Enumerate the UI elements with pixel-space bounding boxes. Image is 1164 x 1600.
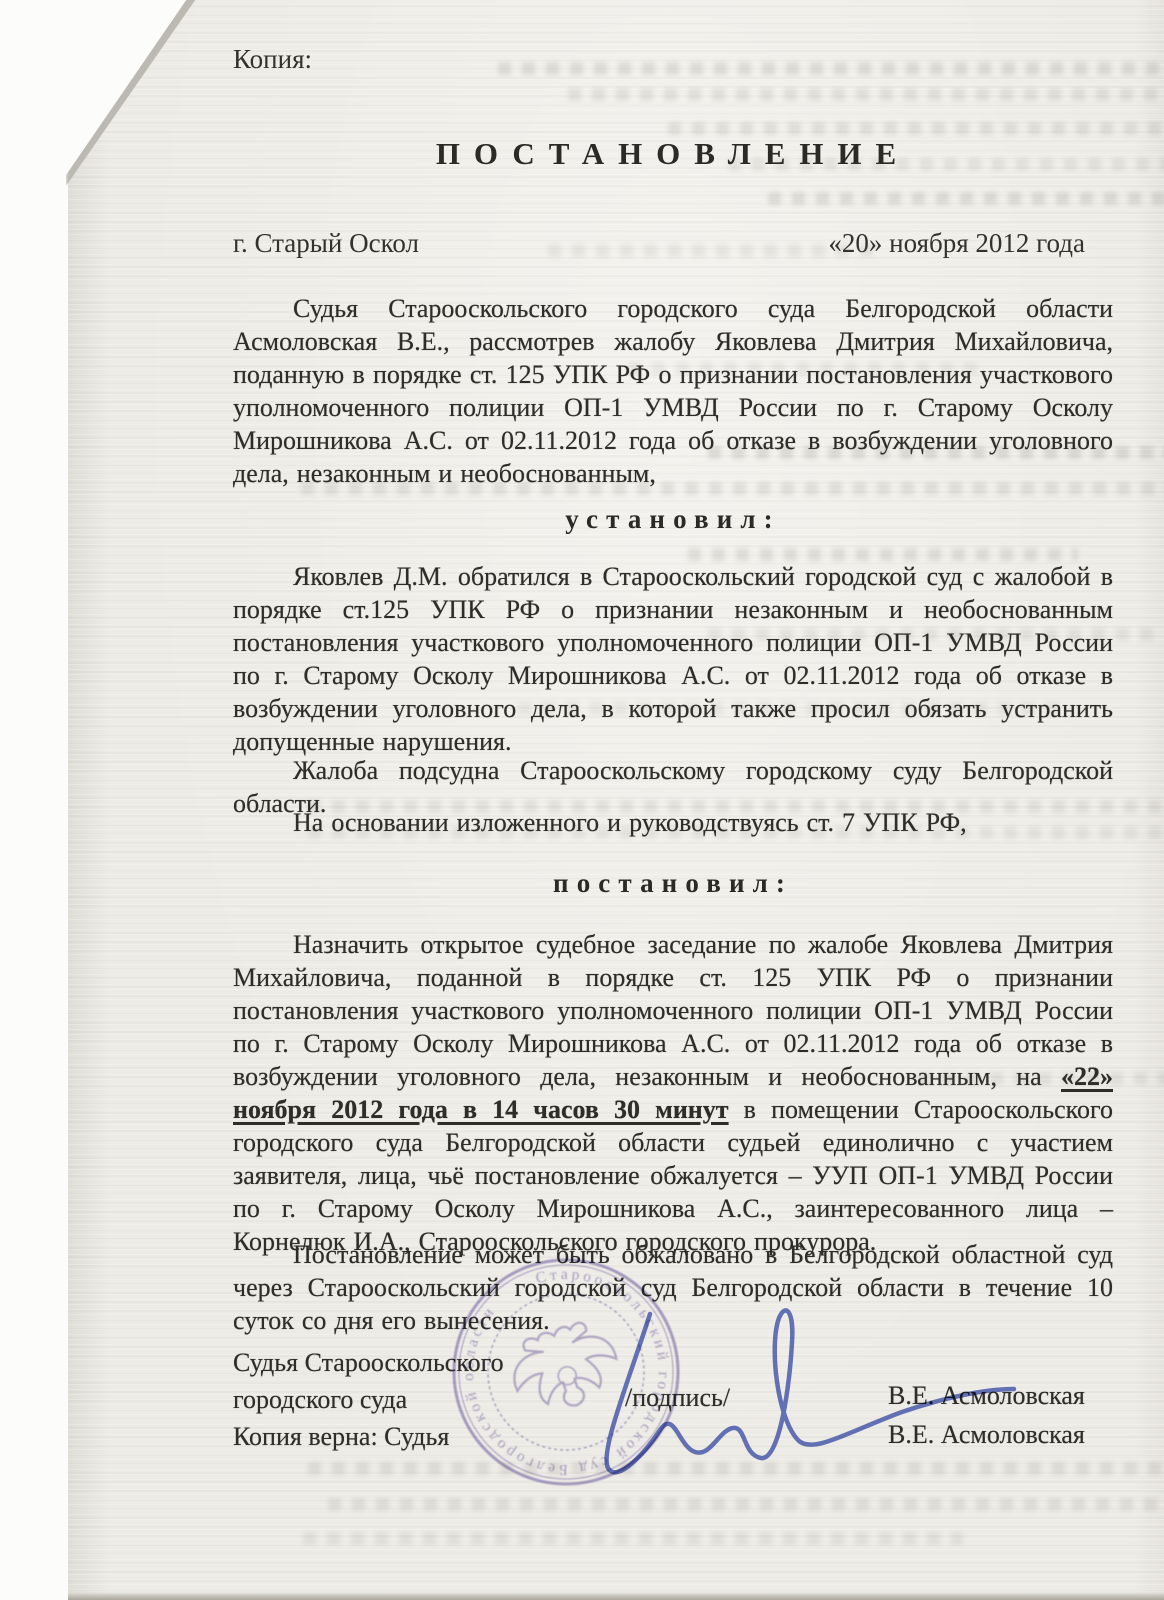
intro-paragraph: Судья Старооскольского городского суда Б… [233,292,1113,490]
scanned-court-order-page: Копия: ПОСТАНОВЛЕНИЕ г. Старый Оскол «20… [0,0,1164,1600]
signature-placeholder: /подпись/ [625,1383,730,1413]
established-paragraph: Яковлев Д.М. обратился в Старооскольский… [233,560,1113,758]
bleed-through-artifact [303,1532,963,1545]
signer-title-line2: городского суда [233,1385,407,1415]
resolution-lead: Назначить открытое судебное заседание по… [233,930,1113,1091]
page-bottom-edge [68,1592,1164,1600]
document-date: «20» ноября 2012 года [828,228,1085,259]
place-city: г. Старый Оскол [233,228,419,259]
appeal-paragraph: Постановление может быть обжаловано в Бе… [233,1238,1113,1337]
judge-name: В.Е. Асмоловская [888,1381,1085,1411]
document-title: ПОСТАНОВЛЕНИЕ [233,136,1113,172]
bleed-through-artifact [308,1462,1164,1475]
resolution-paragraph: Назначить открытое судебное заседание по… [233,928,1113,1258]
judge-name: В.Е. Асмоловская [888,1420,1085,1450]
copy-label: Копия: [233,44,312,75]
place-date-row: г. Старый Оскол «20» ноября 2012 года [233,228,1113,259]
signer-title-line1: Судья Старооскольского [233,1348,504,1378]
bleed-through-artifact [568,88,1164,101]
bleed-through-artifact [768,192,1164,205]
bleed-through-artifact [498,62,1164,75]
bleed-through-artifact [328,1498,1164,1511]
section-heading-established: установил: [233,504,1113,535]
bleed-through-artifact [668,122,1164,135]
established-paragraph: На основании изложенного и руководствуяс… [233,806,1113,839]
section-heading-resolved: постановил: [233,868,1113,899]
copy-certified-line: Копия верна: Судья [233,1422,449,1452]
